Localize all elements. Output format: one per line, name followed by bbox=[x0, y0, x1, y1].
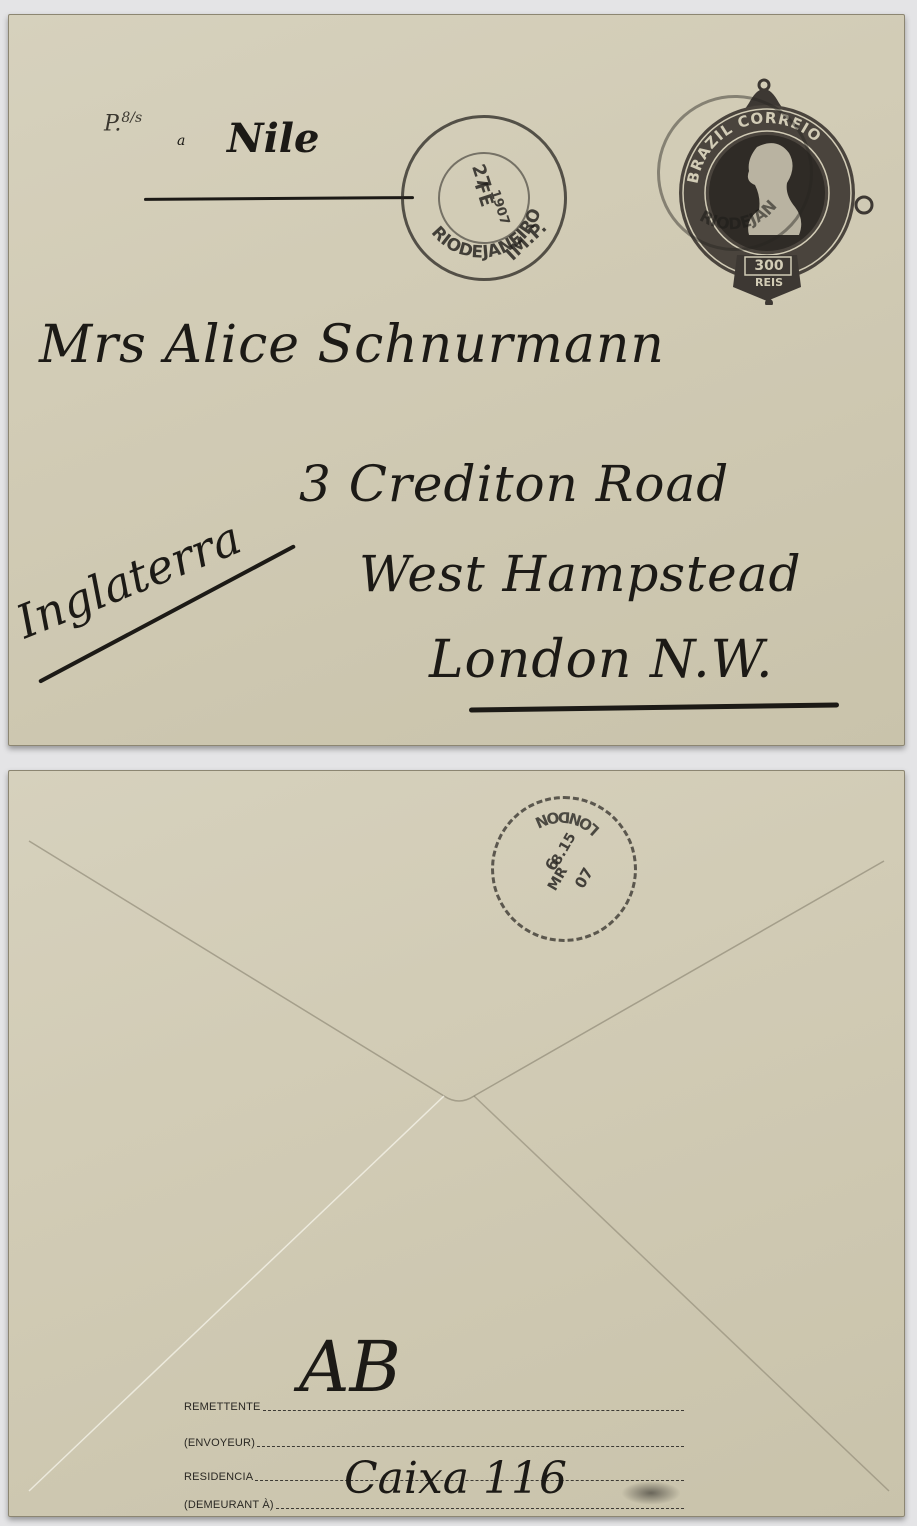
routing-ship-name: Nile bbox=[227, 115, 319, 162]
address-line-street: 3 Crediton Road bbox=[299, 455, 729, 513]
address-line-city: London N.W. bbox=[429, 630, 774, 690]
form-label: (ENVOYEUR) bbox=[184, 1437, 255, 1449]
address-line-district: West Hampstead bbox=[359, 545, 802, 603]
form-row-remettente: REMETTENTE bbox=[184, 1401, 684, 1413]
address-underline bbox=[469, 702, 839, 712]
form-label: RESIDENCIA bbox=[184, 1471, 253, 1483]
address-line-name: Mrs Alice Schnurmann bbox=[39, 315, 665, 375]
form-row-envoyeur: (ENVOYEUR) bbox=[184, 1437, 684, 1449]
sender-address-value: Caixa 116 bbox=[344, 1453, 567, 1504]
routing-fraction: P.8/s bbox=[104, 110, 142, 136]
postmark-london: LONDON 8.15 6 MR 07 bbox=[491, 796, 637, 942]
routing-ship-prefix: a bbox=[177, 133, 185, 149]
sender-signature: AB bbox=[299, 1326, 401, 1408]
routing-underline bbox=[144, 196, 414, 201]
form-label: REMETTENTE bbox=[184, 1401, 261, 1413]
stamp-value: 300 bbox=[749, 258, 789, 274]
stamp-currency: REIS bbox=[747, 276, 791, 289]
postmark-rio-de-janeiro: RIODEJANEIRO 27 FE 1907 IM.P. bbox=[390, 104, 577, 291]
destination-country: Inglaterra bbox=[9, 510, 249, 649]
envelope-front: P.8/s a Nile RIODEJANEIRO 27 FE 1907 IM.… bbox=[8, 14, 905, 746]
envelope-back: LONDON 8.15 6 MR 07 AB REMETTENTE (ENVOY… bbox=[8, 770, 905, 1517]
ink-smudge bbox=[621, 1481, 681, 1505]
svg-text:RIODEJAN: RIODEJAN bbox=[692, 183, 784, 247]
form-label: (DEMEURANT À) bbox=[184, 1499, 274, 1511]
